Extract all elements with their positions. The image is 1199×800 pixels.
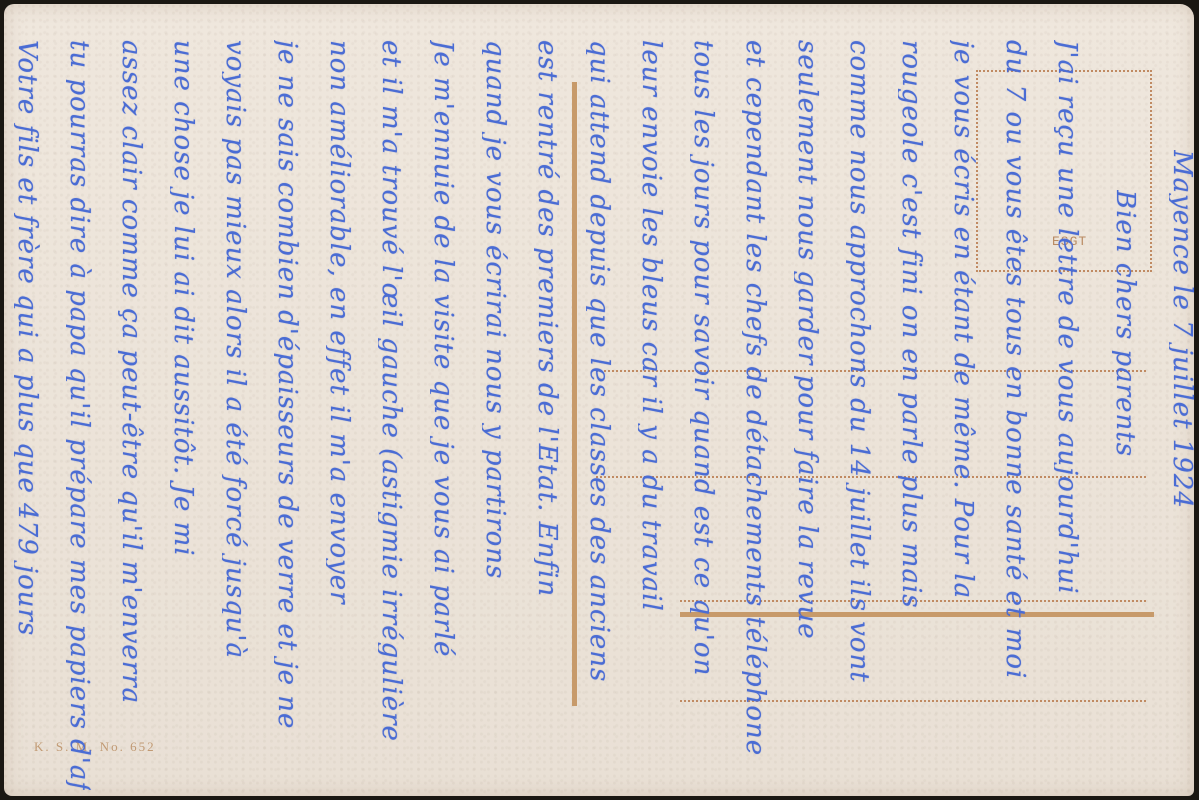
stamp-box-label: ESGT (1052, 234, 1087, 249)
address-underline-bar (680, 612, 1154, 617)
postcard: ESGT K. S. M. No. 652 (4, 4, 1194, 796)
message-address-divider (572, 82, 577, 706)
address-line-3 (680, 600, 1146, 602)
address-line-2 (596, 476, 1146, 478)
address-line-1 (596, 370, 1146, 372)
printer-mark: K. S. M. No. 652 (34, 739, 156, 755)
address-line-4 (680, 700, 1146, 702)
